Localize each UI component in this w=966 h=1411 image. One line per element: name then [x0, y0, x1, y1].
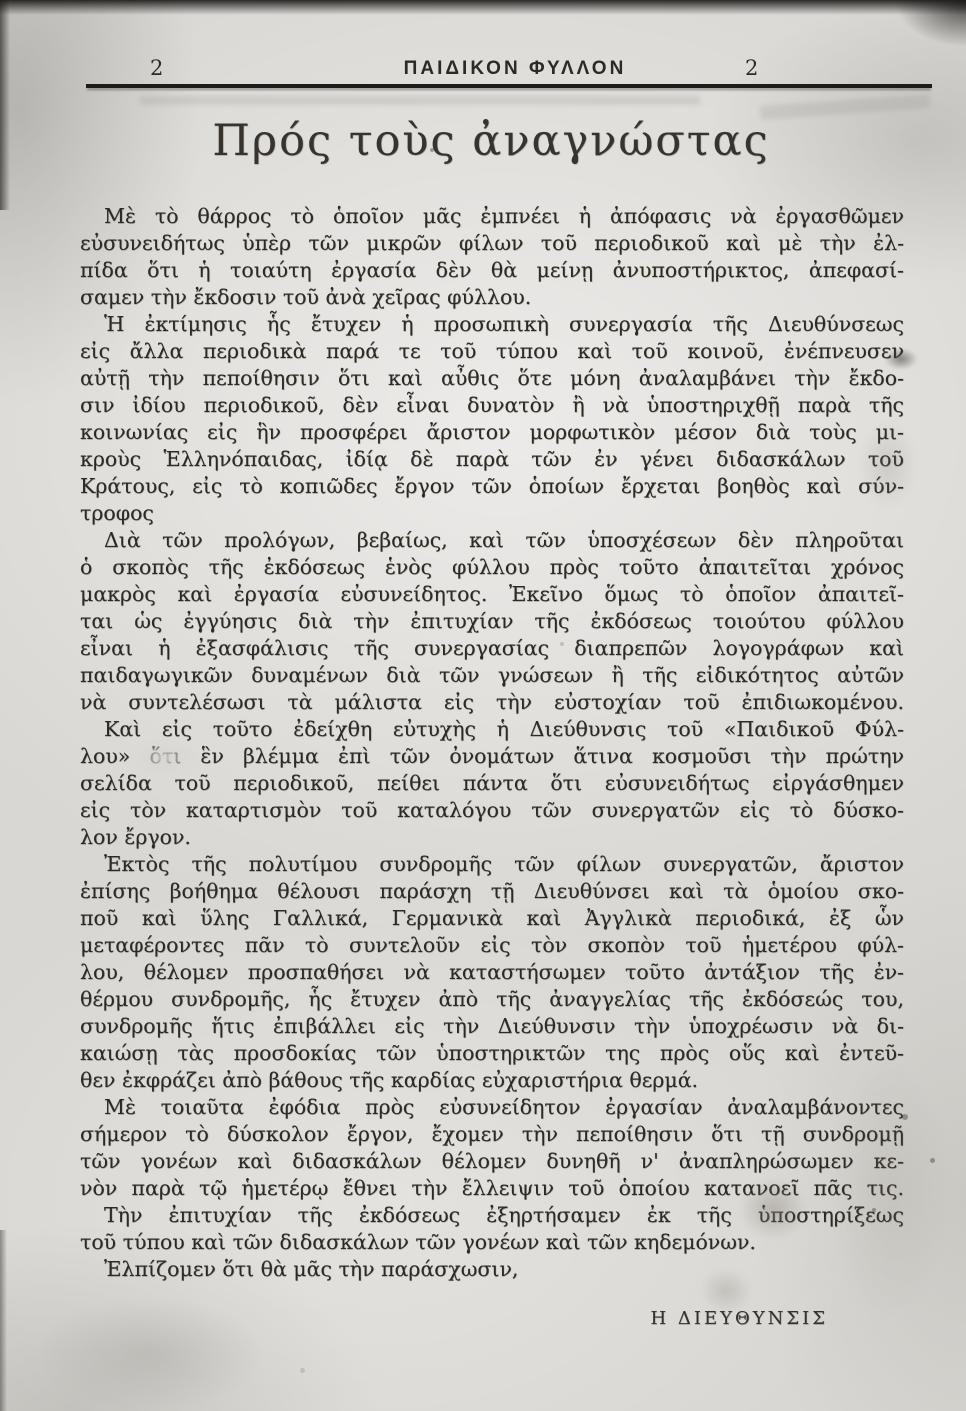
text-line: Ἡ ἐκτίμησις ἧς ἔτυχεν ἡ προσωπικὴ συνεργ…	[80, 311, 904, 338]
article-title: Πρός τοὺς ἀναγνώστας	[8, 116, 966, 166]
text-line: σελίδα τοῦ περιοδικοῦ, πείθει πάντα ὅτι …	[80, 770, 904, 797]
text-line: εὐσυνειδήτως ὑπὲρ τῶν μικρῶν φίλων τοῦ π…	[80, 230, 904, 257]
page-header: 2 ΠΑΙΔΙΚΟΝ ΦΥΛΛΟΝ 2	[0, 56, 966, 82]
text-line: Ἐλπίζομεν ὅτι θὰ μᾶς τὴν παράσχωσιν,	[80, 1256, 904, 1283]
text-line: τῶν γονέων καὶ διδασκάλων θέλομεν δυνηθῆ…	[80, 1148, 904, 1175]
scan-edge-left-bottom	[0, 1230, 7, 1411]
text-line: εἰς ἄλλα περιοδικὰ παρά τε τοῦ τύπου καὶ…	[80, 338, 904, 365]
text-line: τροφος	[80, 500, 904, 527]
text-line: Τὴν ἐπιτυχίαν τῆς ἐκδόσεως ἐξηρτήσαμεν ἐ…	[80, 1202, 904, 1229]
paragraph: Διὰ τῶν προλόγων, βεβαίως, καὶ τῶν ὑποσχ…	[80, 527, 904, 716]
text-line: Καὶ εἰς τοῦτο ἐδείχθη εὐτυχὴς ἡ Διεύθυνσ…	[80, 716, 904, 743]
text-line: συνδρομῆς ἥτις ἐπιβάλλει εἰς τὴν Διεύθυν…	[80, 1013, 904, 1040]
text-line: σαμεν τὴν ἔκδοσιν τοῦ ἀνὰ χεῖρας φύλλου.	[80, 284, 904, 311]
scan-edge-right-top	[896, 0, 966, 46]
paragraph: Ἐλπίζομεν ὅτι θὰ μᾶς τὴν παράσχωσιν,	[80, 1256, 904, 1283]
text-line: θεν ἐκφράζει ἀπὸ βάθους τῆς καρδίας εὐχα…	[80, 1067, 904, 1094]
text-line: Κράτους, εἰς τὸ κοπιῶδες ἔργον τῶν ὁποίω…	[80, 473, 904, 500]
text-line: μακρὸς καὶ ἐργασία εὐσυνείδητος. Ἐκεῖνο …	[80, 581, 904, 608]
text-line: ὁ σκοπὸς τῆς ἐκδόσεως ἑνὸς φύλλου πρὸς τ…	[80, 554, 904, 581]
bleed-through-mark	[140, 96, 700, 105]
header-rule	[86, 84, 932, 88]
paragraph: Μὲ τοιαῦτα ἐφόδια πρὸς εὐσυνείδητον ἐργα…	[80, 1094, 904, 1202]
text-line: εἶναι ἡ ἐξασφάλισις τῆς συνεργασίας διαπ…	[80, 635, 904, 662]
journal-title: ΠΑΙΔΙΚΟΝ ΦΥΛΛΟΝ	[32, 58, 966, 80]
text-line: νὰ συντελέσωσι τὰ μάλιστα εἰς τὴν εὐστοχ…	[80, 689, 904, 716]
text-line: λου» ὅτι ἓν βλέμμα ἐπὶ τῶν ὀνομάτων ἅτιν…	[80, 743, 904, 770]
text-line: Μὲ τὸ θάρρος τὸ ὁποῖον μᾶς ἐμπνέει ἡ ἀπό…	[80, 203, 904, 230]
scan-edge-left	[0, 0, 10, 210]
text-line: μεταφέροντες πᾶν τὸ συντελοῦν εἰς τὸν σκ…	[80, 932, 904, 959]
scan-edge-top	[0, 0, 966, 15]
paragraph: Μὲ τὸ θάρρος τὸ ὁποῖον μᾶς ἐμπνέει ἡ ἀπό…	[80, 203, 904, 311]
text-line: Διὰ τῶν προλόγων, βεβαίως, καὶ τῶν ὑποσχ…	[80, 527, 904, 554]
text-line: Μὲ τοιαῦτα ἐφόδια πρὸς εὐσυνείδητον ἐργα…	[80, 1094, 904, 1121]
text-line: κοινωνίας εἰς ἣν προσφέρει ἄριστον μορφω…	[80, 419, 904, 446]
page-number-right: 2	[745, 56, 758, 80]
signature: Η ΔΙΕΥΘΥΝΣΙΣ	[80, 1305, 904, 1332]
speck	[930, 1158, 935, 1163]
text-line: κροὺς Ἑλληνόπαιδας, ἰδίᾳ δὲ παρὰ τῶν ἐν …	[80, 446, 904, 473]
text-line: σιν ἰδίου περιοδικοῦ, δὲν εἶναι δυνατὸν …	[80, 392, 904, 419]
text-line: ἐπίσης βοήθημα θέλουσι παράσχη τῇ Διευθύ…	[80, 878, 904, 905]
text-line: ται ὡς ἐγγύησις διὰ τὴν ἐπιτυχίαν τῆς ἐκ…	[80, 608, 904, 635]
text-line: εἰς τὸν καταρτισμὸν τοῦ καταλόγου τῶν συ…	[80, 797, 904, 824]
scanned-page: 2 ΠΑΙΔΙΚΟΝ ΦΥΛΛΟΝ 2 Πρός τοὺς ἀναγνώστας…	[0, 0, 966, 1411]
paragraph: Τὴν ἐπιτυχίαν τῆς ἐκδόσεως ἐξηρτήσαμεν ἐ…	[80, 1202, 904, 1256]
paragraph: Ἡ ἐκτίμησις ἧς ἔτυχεν ἡ προσωπικὴ συνεργ…	[80, 311, 904, 527]
article-body: Μὲ τὸ θάρρος τὸ ὁποῖον μᾶς ἐμπνέει ἡ ἀπό…	[80, 203, 904, 1332]
text-line: παιδαγωγικῶν δυναμένων διὰ τῶν γνώσεων ἢ…	[80, 662, 904, 689]
text-line: καιώσῃ τὰς προσδοκίας τῶν ὑποστηρικτῶν τ…	[80, 1040, 904, 1067]
text-line: ποῦ καὶ ὕλης Γαλλικά, Γερμανικὰ καὶ Ἀγγλ…	[80, 905, 904, 932]
text-line: λον ἔργον.	[80, 824, 904, 851]
text-line: αὐτῇ τὴν πεποίθησιν ὅτι καὶ αὖθις ὅτε μό…	[80, 365, 904, 392]
text-line: σήμερον τὸ δύσκολον ἔργον, ἔχομεν τὴν πε…	[80, 1121, 904, 1148]
text-line: θέρμου συνδρομῆς, ἧς ἔτυχεν ἀπὸ τῆς ἀναγ…	[80, 986, 904, 1013]
text-line: νὸν παρὰ τῷ ἡμετέρῳ ἔθνει τὴν ἔλλειψιν τ…	[80, 1175, 904, 1202]
text-line: πίδα ὅτι ἡ τοιαύτη ἐργασία δὲν θὰ μείνῃ …	[80, 257, 904, 284]
text-line: τοῦ τύπου καὶ τῶν διδασκάλων τῶν γονέων …	[80, 1229, 904, 1256]
speck	[300, 1368, 305, 1373]
paragraph: Ἐκτὸς τῆς πολυτίμου συνδρομῆς τῶν φίλων …	[80, 851, 904, 1094]
text-line: Ἐκτὸς τῆς πολυτίμου συνδρομῆς τῶν φίλων …	[80, 851, 904, 878]
text-line: λου, θέλομεν προσπαθήσει νὰ καταστήσωμεν…	[80, 959, 904, 986]
paragraph: Καὶ εἰς τοῦτο ἐδείχθη εὐτυχὴς ἡ Διεύθυνσ…	[80, 716, 904, 851]
